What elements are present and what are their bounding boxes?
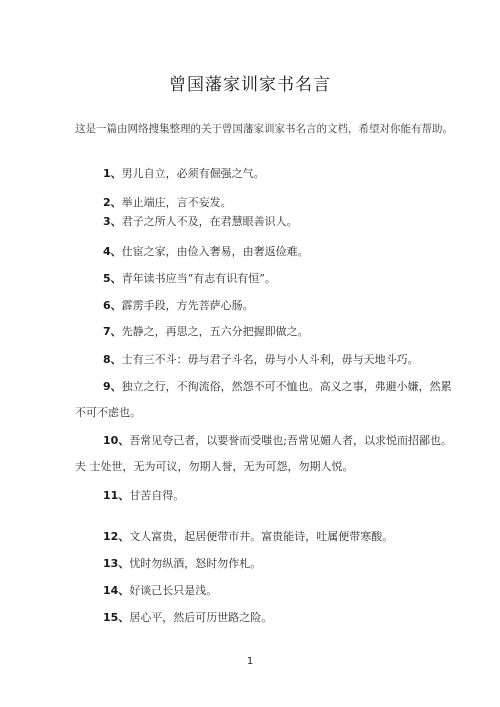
list-item: 4、仕宦之家，由俭入奢易，由奢返俭难。 [103,243,309,259]
list-item-continuation: 不可不虑也。 [75,404,141,420]
document-title: 曾国藩家训家书名言 [0,70,500,95]
list-item: 14、好谈己长只是浅。 [103,582,217,598]
list-item: 1、男儿自立，必须有倔强之气。 [103,165,265,181]
page-number: 1 [0,656,500,667]
list-item: 2、举止端庄，言不妄发。 [103,194,232,210]
list-item: 7、先静之，再思之，五六分把握即做之。 [103,323,309,339]
list-item: 15、居心平，然后可历世路之险。 [103,609,272,625]
list-item: 8、士有三不斗：毋与君子斗名，毋与小人斗利，毋与天地斗巧。 [103,351,419,367]
list-item: 11、甘苦自得。 [103,487,184,503]
list-item: 5、青年读书应当“有志有识有恒”。 [103,270,276,286]
list-item: 3、君子之所人不及，在君慧眼善识人。 [103,213,298,229]
list-item: 9、独立之行，不徇流俗，然怨不可不恤也。高义之事，弗避小嫌，然累 [103,378,452,394]
list-item: 12、文人富贵，起居便带市井。富贵能诗，吐属便带寒酸。 [103,528,393,544]
list-item: 13、忧时勿纵酒，怒时勿作札。 [103,555,261,571]
list-item: 10、吾常见夸己者，以要誉而受嗤也;吾常见媚人者，以求悦而招鄙也。 [103,432,452,448]
document-intro: 这是一篇由网络搜集整理的关于曾国藩家训家书名言的文档，希望对你能有帮助。 [75,121,475,136]
list-item-continuation: 夫 士处世，无为可议，勿期人誉，无为可怨，勿期人悦。 [75,458,354,474]
list-item: 6、霹雳手段，方先菩萨心肠。 [103,297,254,313]
